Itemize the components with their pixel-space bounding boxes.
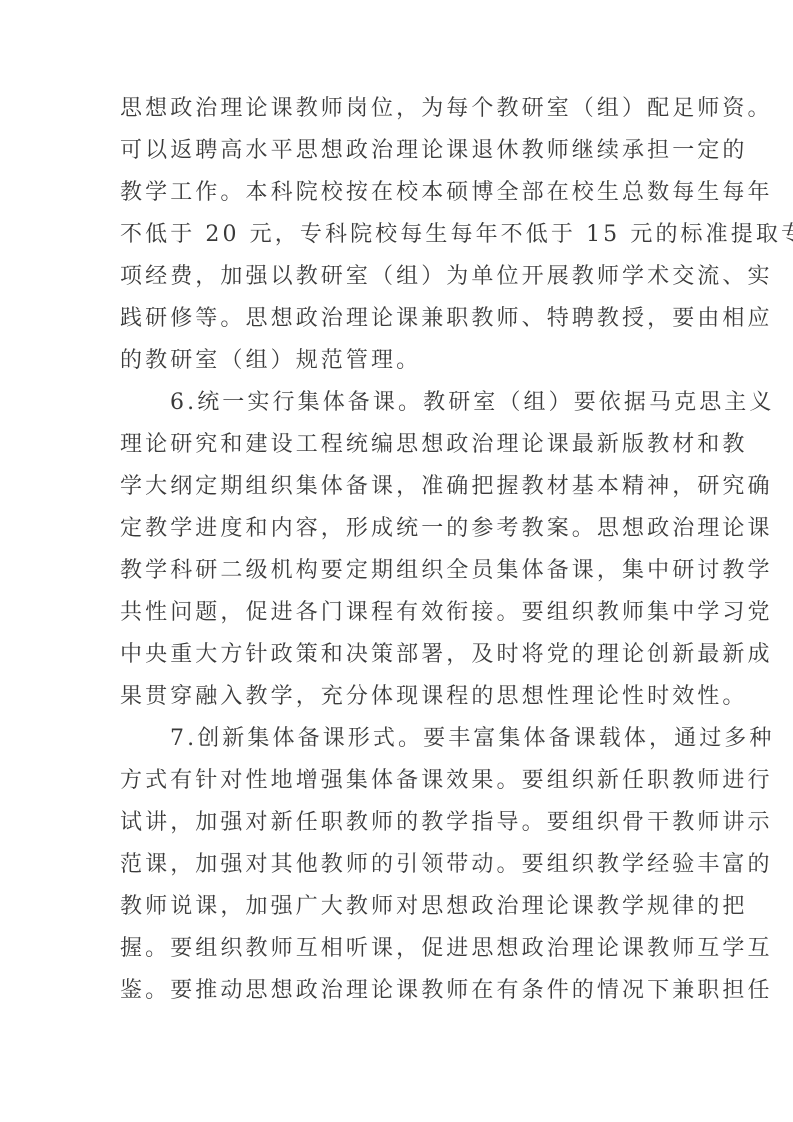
text-line: 教学科研二级机构要定期组织全员集体备课，集中研讨教学 xyxy=(120,550,680,592)
text-line: 项经费，加强以教研室（组）为单位开展教师学术交流、实 xyxy=(120,256,680,298)
text-line: 握。要组织教师互相听课，促进思想政治理论课教师互学互 xyxy=(120,928,680,970)
text-line: 鉴。要推动思想政治理论课教师在有条件的情况下兼职担任 xyxy=(120,970,680,1012)
text-line: 教学工作。本科院校按在校本硕博全部在校生总数每生每年 xyxy=(120,172,680,214)
text-line: 思想政治理论课教师岗位，为每个教研室（组）配足师资。 xyxy=(120,88,680,130)
text-line: 学大纲定期组织集体备课，准确把握教材基本精神，研究确 xyxy=(120,466,680,508)
text-line: 可以返聘高水平思想政治理论课退休教师继续承担一定的 xyxy=(120,130,680,172)
text-line: 践研修等。思想政治理论课兼职教师、特聘教授，要由相应 xyxy=(120,298,680,340)
paragraph-6-start: 6.统一实行集体备课。教研室（组）要依据马克思主义 xyxy=(120,382,680,424)
text-line: 的教研室（组）规范管理。 xyxy=(120,340,680,382)
document-page: 思想政治理论课教师岗位，为每个教研室（组）配足师资。 可以返聘高水平思想政治理论… xyxy=(0,0,793,1122)
text-line: 方式有针对性地增强集体备课效果。要组织新任职教师进行 xyxy=(120,760,680,802)
body-text: 思想政治理论课教师岗位，为每个教研室（组）配足师资。 可以返聘高水平思想政治理论… xyxy=(120,88,680,1012)
paragraph-7-start: 7.创新集体备课形式。要丰富集体备课载体，通过多种 xyxy=(120,718,680,760)
text-line: 中央重大方针政策和决策部署，及时将党的理论创新最新成 xyxy=(120,634,680,676)
text-line: 试讲，加强对新任职教师的教学指导。要组织骨干教师讲示 xyxy=(120,802,680,844)
text-line: 定教学进度和内容，形成统一的参考教案。思想政治理论课 xyxy=(120,508,680,550)
text-line: 理论研究和建设工程统编思想政治理论课最新版教材和教 xyxy=(120,424,680,466)
text-line: 范课，加强对其他教师的引领带动。要组织教学经验丰富的 xyxy=(120,844,680,886)
text-line: 果贯穿融入教学，充分体现课程的思想性理论性时效性。 xyxy=(120,676,680,718)
text-line: 不低于 20 元，专科院校每生每年不低于 15 元的标准提取专 xyxy=(120,214,680,256)
text-line: 教师说课，加强广大教师对思想政治理论课教学规律的把 xyxy=(120,886,680,928)
text-line: 共性问题，促进各门课程有效衔接。要组织教师集中学习党 xyxy=(120,592,680,634)
